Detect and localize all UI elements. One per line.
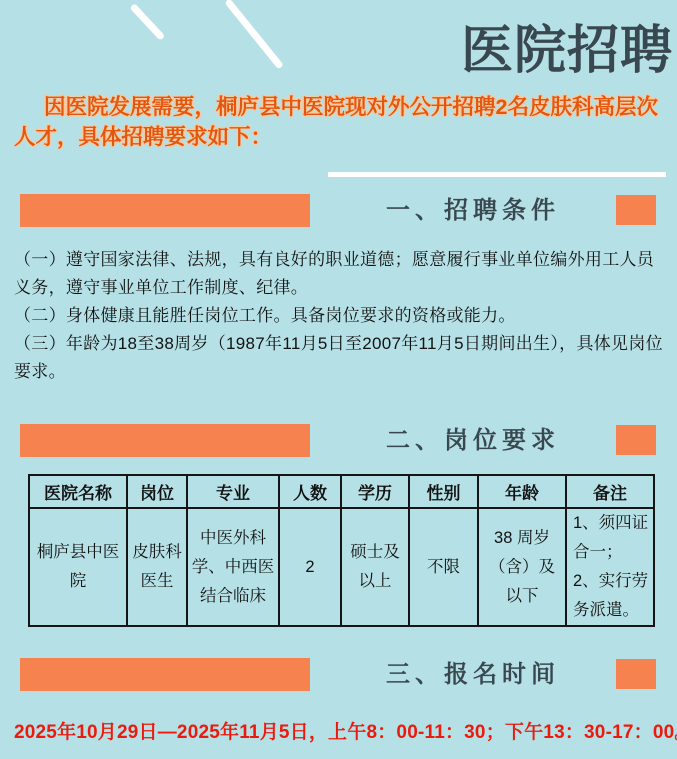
orange-square-decoration [616, 425, 656, 455]
white-divider-line [328, 172, 666, 177]
requirements-table: 医院名称 岗位 专业 人数 学历 性别 年龄 备注 桐庐县中医院 皮肤科医生 中… [28, 474, 655, 627]
recruitment-poster: 医院招聘 因医院发展需要，桐庐县中医院现对外公开招聘2名皮肤科高层次人才，具体招… [0, 0, 677, 759]
table-header-position: 岗位 [127, 475, 187, 508]
cell-gender: 不限 [409, 508, 478, 626]
section-title-schedule: 三、报名时间 [330, 658, 616, 691]
section-title-requirements: 二、岗位要求 [330, 424, 616, 457]
table-header-education: 学历 [341, 475, 409, 508]
table-header-major: 专业 [187, 475, 279, 508]
poster-title: 医院招聘 [461, 8, 673, 83]
section-header-conditions: 一、招聘条件 [0, 194, 677, 228]
section-title-conditions: 一、招聘条件 [330, 194, 616, 227]
section-header-requirements: 二、岗位要求 [0, 424, 677, 458]
table-row: 桐庐县中医院 皮肤科医生 中医外科学、中西医结合临床 2 硕士及以上 不限 38… [29, 508, 654, 626]
cell-count: 2 [279, 508, 341, 626]
cell-education: 硕士及以上 [341, 508, 409, 626]
section-header-schedule: 三、报名时间 [0, 658, 677, 692]
cell-age: 38 周岁（含）及以下 [478, 508, 566, 626]
conditions-text: （一）遵守国家法律、法规，具有良好的职业道德；愿意履行事业单位编外用工人员义务，… [14, 246, 666, 386]
orange-bar-decoration [20, 658, 310, 691]
table-header-row: 医院名称 岗位 专业 人数 学历 性别 年龄 备注 [29, 475, 654, 508]
diagonal-line-decoration [129, 3, 165, 41]
condition-item-3: （三）年龄为18至38周岁（1987年11月5日至2007年11月5日期间出生）… [14, 330, 666, 386]
cell-major: 中医外科学、中西医结合临床 [187, 508, 279, 626]
table-header-age: 年龄 [478, 475, 566, 508]
remarks-line-2: 2、实行劳务派遣。 [573, 567, 650, 625]
table-header-remarks: 备注 [566, 475, 654, 508]
orange-bar-decoration [20, 194, 310, 227]
diagonal-line-decoration [224, 0, 284, 70]
schedule-text: 2025年10月29日—2025年11月5日，上午8：00-11：30；下午13… [14, 717, 674, 744]
table-header-hospital: 医院名称 [29, 475, 127, 508]
table-header-count: 人数 [279, 475, 341, 508]
intro-paragraph: 因医院发展需要，桐庐县中医院现对外公开招聘2名皮肤科高层次人才，具体招聘要求如下… [14, 92, 665, 152]
cell-position: 皮肤科医生 [127, 508, 187, 626]
table-header-gender: 性别 [409, 475, 478, 508]
remarks-line-1: 1、须四证合一； [573, 509, 650, 567]
orange-square-decoration [616, 659, 656, 689]
cell-hospital: 桐庐县中医院 [29, 508, 127, 626]
condition-item-2: （二）身体健康且能胜任岗位工作。具备岗位要求的资格或能力。 [14, 302, 666, 330]
cell-remarks: 1、须四证合一； 2、实行劳务派遣。 [566, 508, 654, 626]
orange-bar-decoration [20, 424, 310, 457]
orange-square-decoration [616, 195, 656, 225]
condition-item-1: （一）遵守国家法律、法规，具有良好的职业道德；愿意履行事业单位编外用工人员义务，… [14, 246, 666, 302]
